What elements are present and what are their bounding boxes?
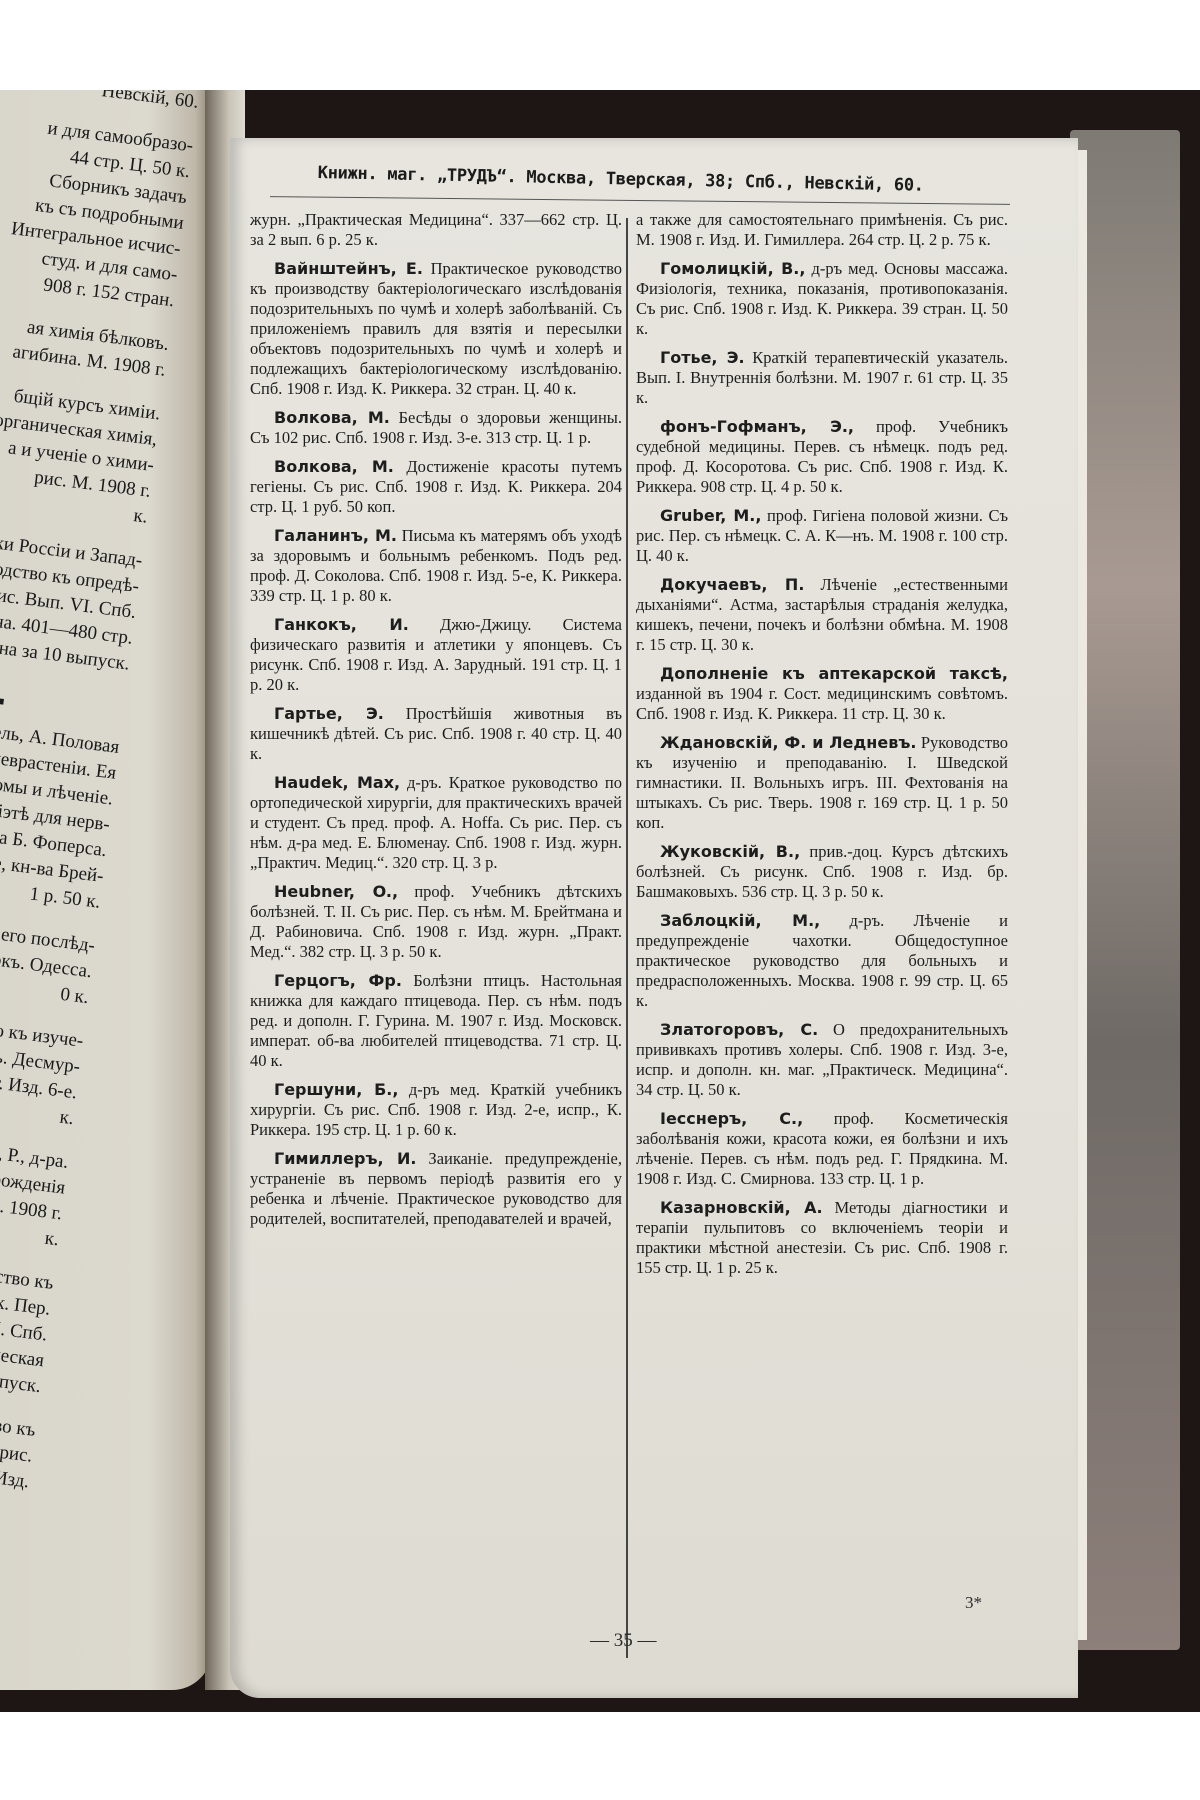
section-heading: арія.: [0, 673, 125, 723]
entry-author: Gruber, M.,: [660, 506, 761, 525]
entry-author: Герцогъ, Фр.: [274, 971, 402, 990]
catalog-entry: Докучаевъ, П. Лѣченіе „естественными дых…: [636, 575, 1008, 655]
catalog-entry: фонъ-Гофманъ, Э., проф. Учебникъ судебно…: [636, 417, 1008, 497]
page-number: — 35 —: [590, 1630, 657, 1652]
entry-author: Гимиллеръ, И.: [274, 1149, 416, 1168]
catalog-entry: Haudek, Max, д-ръ. Краткое руководство п…: [250, 773, 622, 873]
catalog-entry: Гершуни, Б., д-ръ мед. Краткій учебникъ …: [250, 1080, 622, 1140]
catalog-entry: Gruber, M., проф. Гигіена половой жизни.…: [636, 506, 1008, 566]
catalog-entry: Вайнштейнъ, Е. Практическое руководство …: [250, 259, 622, 399]
catalog-entry: Іесснеръ, С., проф. Косметическія заболѣ…: [636, 1109, 1008, 1189]
entry-text: изданной въ 1904 г. Сост. медицинскимъ с…: [636, 684, 1008, 723]
left-page-text: Невскій, 60.и для самообразо-44 стр. Ц. …: [0, 90, 200, 1638]
entry-author: Іесснеръ, С.,: [660, 1109, 803, 1128]
entry-author: Докучаевъ, П.: [660, 575, 804, 594]
catalog-entry: а также для самостоятельнаго примѣненія.…: [636, 210, 1008, 250]
catalog-entry: Казарновскій, А. Методы діагностики и те…: [636, 1198, 1008, 1278]
catalog-entry: Heubner, O., проф. Учебникъ дѣтскихъ бол…: [250, 882, 622, 962]
entry-author: Haudek, Max,: [274, 773, 400, 792]
entry-author: Златогоровъ, С.: [660, 1020, 818, 1039]
header-rule: [270, 196, 1010, 205]
signature-mark: 3*: [965, 1593, 982, 1613]
catalog-entry: Златогоровъ, С. О предохранительныхъ при…: [636, 1020, 1008, 1100]
catalog-entry: Заблоцкій, М., д-ръ. Лѣченіе и предупреж…: [636, 911, 1008, 1011]
catalog-entry: Галанинъ, М. Письма къ матерямъ объ уход…: [250, 526, 622, 606]
catalog-entry: Гартье, Э. Простѣйшія животныя въ кишечн…: [250, 704, 622, 764]
catalog-entry: Волкова, М. Достиженіе красоты путемъ ге…: [250, 457, 622, 517]
entry-author: Гартье, Э.: [274, 704, 384, 723]
entry-author: Волкова, М.: [274, 408, 390, 427]
column-divider: [626, 218, 628, 1658]
right-page: Книжн. маг. „ТРУДЪ“. Москва, Тверская, 3…: [230, 138, 1078, 1698]
entry-author: Ганкокъ, И.: [274, 615, 409, 634]
entry-text: журн. „Практическая Медицина“. 337—662 с…: [250, 210, 622, 249]
entry-author: Гершуни, Б.,: [274, 1080, 398, 1099]
catalog-entry: Ждановскій, Ф. и Ледневъ. Руководство къ…: [636, 733, 1008, 833]
entry-author: Heubner, O.,: [274, 882, 398, 901]
entry-author: Жуковскій, В.,: [660, 842, 800, 861]
catalog-entry: Герцогъ, Фр. Болѣзни птицъ. Настольная к…: [250, 971, 622, 1071]
catalog-entry: Волкова, М. Бесѣды о здоровьи женщины. С…: [250, 408, 622, 448]
catalog-entry: журн. „Практическая Медицина“. 337—662 с…: [250, 210, 622, 250]
catalog-entry: Ганкокъ, И. Джю-Джицу. Система физическа…: [250, 615, 622, 695]
entry-author: Заблоцкій, М.,: [660, 911, 820, 930]
entry-author: Волкова, М.: [274, 457, 394, 476]
running-head: Книжн. маг. „ТРУДЪ“. Москва, Тверская, 3…: [318, 163, 1038, 198]
entry-author: Готье, Э.: [660, 348, 745, 367]
catalog-column-right: а также для самостоятельнаго примѣненія.…: [636, 210, 1008, 1287]
left-page: Невскій, 60.и для самообразо-44 стр. Ц. …: [0, 90, 212, 1690]
book-photo: Невскій, 60.и для самообразо-44 стр. Ц. …: [0, 90, 1200, 1712]
catalog-column-left: журн. „Практическая Медицина“. 337—662 с…: [250, 210, 622, 1238]
entry-text: Практическое руководство къ производству…: [250, 259, 622, 398]
entry-author: Вайнштейнъ, Е.: [274, 259, 423, 278]
catalog-entry: Гомолицкій, В., д-ръ мед. Основы массажа…: [636, 259, 1008, 339]
entry-author: Гомолицкій, В.,: [660, 259, 805, 278]
entry-author: Казарновскій, А.: [660, 1198, 823, 1217]
catalog-entry: Гимиллеръ, И. Заиканіе. предупрежденіе, …: [250, 1149, 622, 1229]
catalog-entry: Дополненіе къ аптекарской таксѣ, изданно…: [636, 664, 1008, 724]
entry-author: фонъ-Гофманъ, Э.,: [660, 417, 854, 436]
entry-text: а также для самостоятельнаго примѣненія.…: [636, 210, 1008, 249]
entry-author: Ждановскій, Ф. и Ледневъ.: [660, 733, 916, 752]
entry-author: Дополненіе къ аптекарской таксѣ,: [660, 664, 1008, 683]
entry-author: Галанинъ, М.: [274, 526, 397, 545]
catalog-entry: Жуковскій, В., прив.-доц. Курсъ дѣтскихъ…: [636, 842, 1008, 902]
catalog-entry: Готье, Э. Краткій терапевтическій указат…: [636, 348, 1008, 408]
